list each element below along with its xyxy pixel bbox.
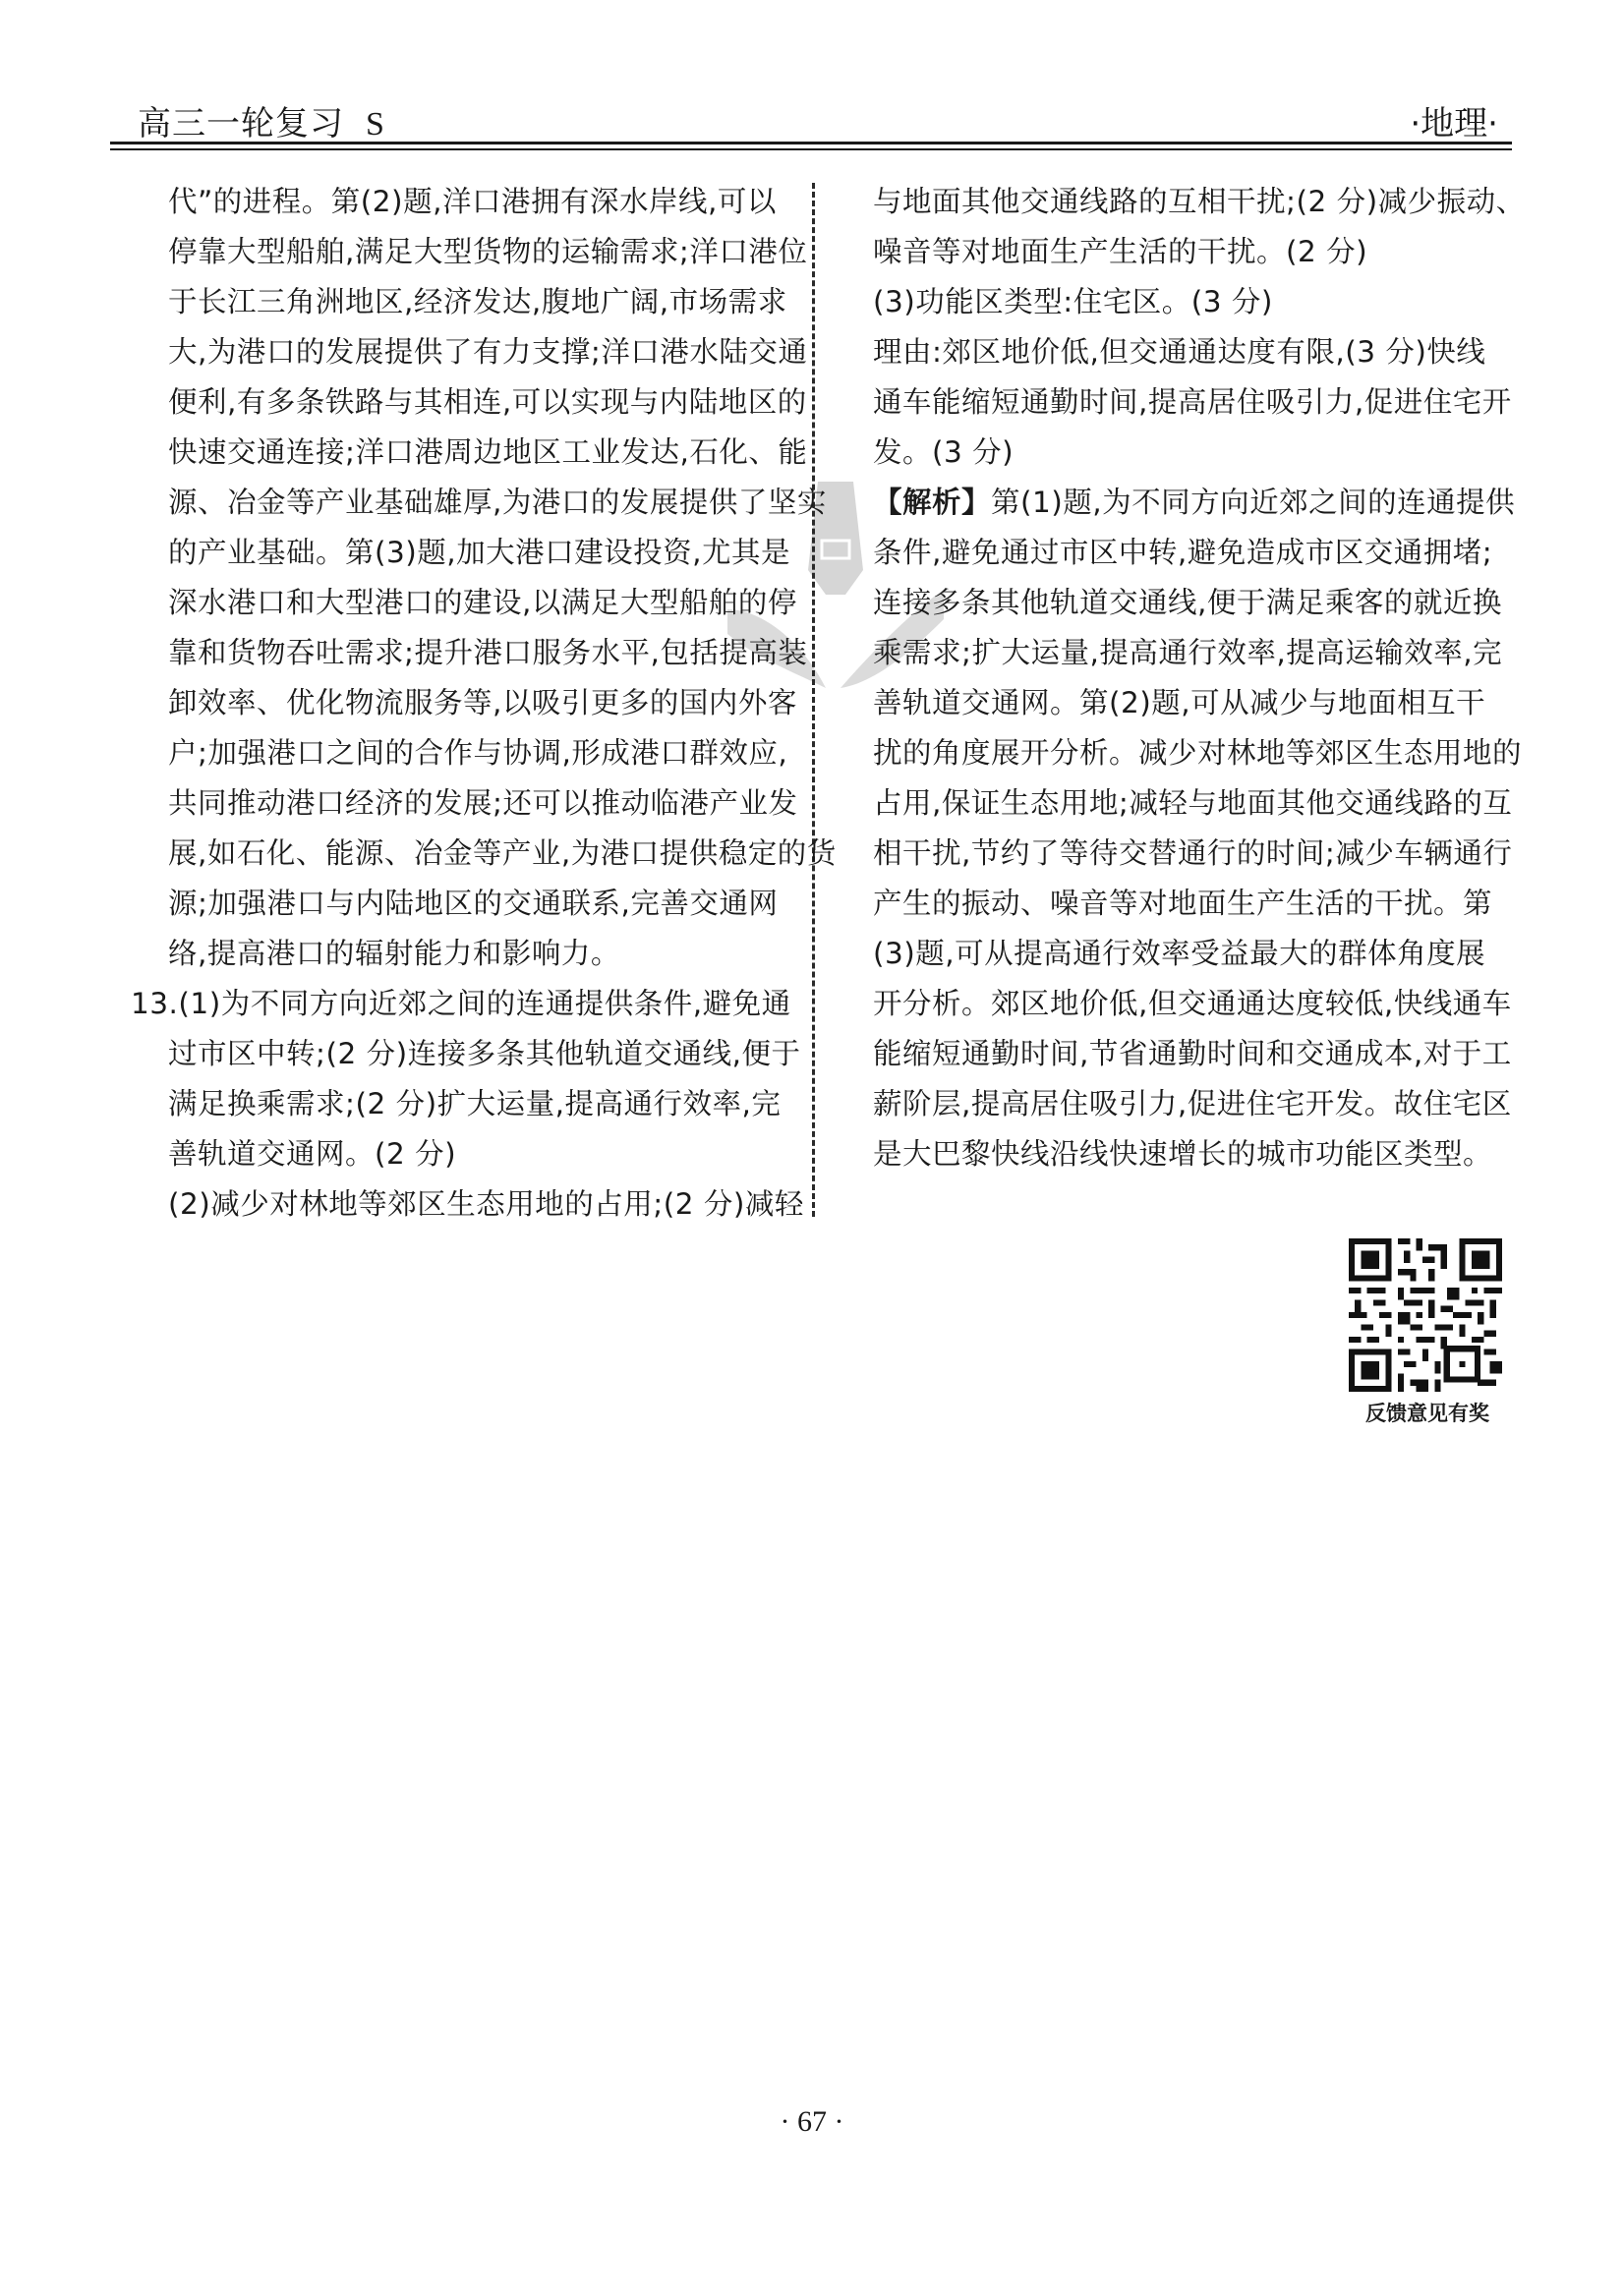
header-rule-top — [110, 142, 1512, 144]
analysis-line: 开分析。郊区地价低,但交通通达度较低,快线通车 — [873, 979, 1512, 1029]
analysis-line: 产生的振动、噪音等对地面生产生活的干扰。第 — [873, 879, 1512, 929]
analysis-first-line: 【解析】第(1)题,为不同方向近郊之间的连通提供 — [873, 478, 1512, 528]
text-line: 的产业基础。第(3)题,加大港口建设投资,尤其是 — [168, 528, 797, 578]
book-title: 高三一轮复习 — [138, 104, 344, 143]
analysis-line: 是大巴黎快线沿线快速增长的城市功能区类型。 — [873, 1129, 1512, 1179]
analysis-line: 相干扰,节约了等待交替通行的时间;减少车辆通行 — [873, 829, 1512, 879]
text-line: 于长江三角洲地区,经济发达,腹地广阔,市场需求 — [168, 277, 797, 327]
right-column: 与地面其他交通线路的互相干扰;(2 分)减少振动、 噪音等对地面生产生活的干扰。… — [873, 177, 1512, 1179]
page-number: · 67 · — [0, 2105, 1624, 2139]
series-label: S — [366, 106, 385, 143]
text-line: 展,如石化、能源、冶金等产业,为港口提供稳定的货 — [168, 829, 797, 879]
question-13-first-line: 13.(1)为不同方向近郊之间的连通提供条件,避免通 — [131, 979, 797, 1029]
text-line: 代”的进程。第(2)题,洋口港拥有深水岸线,可以 — [168, 177, 797, 227]
answer-line: 通车能缩短通勤时间,提高居住吸引力,促进住宅开 — [873, 377, 1512, 428]
analysis-line: (3)题,可从提高通行效率受益最大的群体角度展 — [873, 929, 1512, 979]
header-rule-bottom — [110, 148, 1512, 150]
analysis-tag: 【解析】 — [873, 486, 991, 519]
text-line: 深水港口和大型港口的建设,以满足大型船舶的停 — [168, 578, 797, 628]
qr-code-icon[interactable] — [1349, 1238, 1502, 1392]
answer-line: 过市区中转;(2 分)连接多条其他轨道交通线,便于 — [168, 1029, 797, 1079]
question-number: 13. — [131, 987, 178, 1020]
answer-line: 理由:郊区地价低,但交通通达度有限,(3 分)快线 — [873, 327, 1512, 377]
text-line: 卸效率、优化物流服务等,以吸引更多的国内外客 — [168, 678, 797, 728]
answer-text: (1)为不同方向近郊之间的连通提供条件,避免通 — [178, 987, 790, 1020]
text-line: 源、冶金等产业基础雄厚,为港口的发展提供了坚实 — [168, 478, 797, 528]
subject-label: ·地理· — [1410, 96, 1498, 144]
analysis-line: 条件,避免通过市区中转,避免造成市区交通拥堵; — [873, 528, 1512, 578]
column-divider — [812, 183, 815, 1217]
qr-caption: 反馈意见有奖 — [1349, 1398, 1506, 1427]
text-line: 户;加强港口之间的合作与协调,形成港口群效应, — [168, 728, 797, 778]
answer-line: 满足换乘需求;(2 分)扩大运量,提高通行效率,完 — [168, 1079, 797, 1129]
answer-line: 与地面其他交通线路的互相干扰;(2 分)减少振动、 — [873, 177, 1512, 227]
text-line: 大,为港口的发展提供了有力支撑;洋口港水陆交通 — [168, 327, 797, 377]
answer-line: 发。(3 分) — [873, 428, 1512, 478]
answer-line: 噪音等对地面生产生活的干扰。(2 分) — [873, 227, 1512, 277]
text-line: 共同推动港口经济的发展;还可以推动临港产业发 — [168, 778, 797, 829]
text-line: 快速交通连接;洋口港周边地区工业发达,石化、能 — [168, 428, 797, 478]
text-line: 停靠大型船舶,满足大型货物的运输需求;洋口港位 — [168, 227, 797, 277]
answer-line: (2)减少对林地等郊区生态用地的占用;(2 分)减轻 — [168, 1179, 797, 1230]
analysis-line: 扰的角度展开分析。减少对林地等郊区生态用地的 — [873, 728, 1512, 778]
analysis-line: 薪阶层,提高居住吸引力,促进住宅开发。故住宅区 — [873, 1079, 1512, 1129]
left-column: 代”的进程。第(2)题,洋口港拥有深水岸线,可以 停靠大型船舶,满足大型货物的运… — [168, 177, 797, 1230]
analysis-line: 乘需求;扩大运量,提高通行效率,提高运输效率,完 — [873, 628, 1512, 678]
analysis-line: 善轨道交通网。第(2)题,可从减少与地面相互干 — [873, 678, 1512, 728]
text-line: 源;加强港口与内陆地区的交通联系,完善交通网 — [168, 879, 797, 929]
analysis-line: 占用,保证生态用地;减轻与地面其他交通线路的互 — [873, 778, 1512, 829]
answer-line: (3)功能区类型:住宅区。(3 分) — [873, 277, 1512, 327]
text-line: 靠和货物吞吐需求;提升港口服务水平,包括提高装 — [168, 628, 797, 678]
running-header-title: 高三一轮复习S — [138, 96, 385, 144]
analysis-line: 连接多条其他轨道交通线,便于满足乘客的就近换 — [873, 578, 1512, 628]
answer-line: 善轨道交通网。(2 分) — [168, 1129, 797, 1179]
text-line: 便利,有多条铁路与其相连,可以实现与内陆地区的 — [168, 377, 797, 428]
analysis-text: 第(1)题,为不同方向近郊之间的连通提供 — [991, 486, 1515, 519]
text-line: 络,提高港口的辐射能力和影响力。 — [168, 929, 797, 979]
analysis-line: 能缩短通勤时间,节省通勤时间和交通成本,对于工 — [873, 1029, 1512, 1079]
